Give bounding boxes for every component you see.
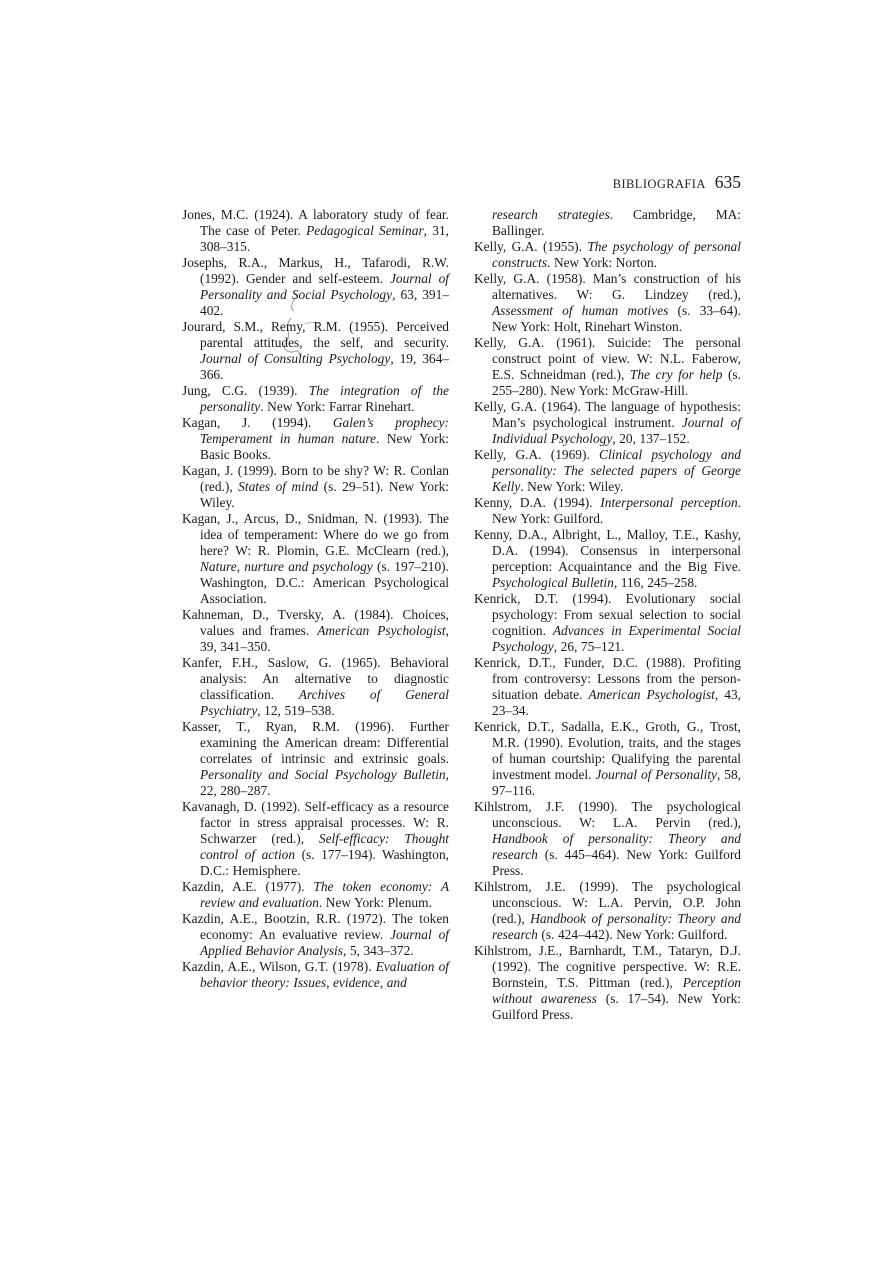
reference-entry: Kenrick, D.T., Funder, D.C. (1988). Prof… xyxy=(474,655,741,719)
reference-entry: Kelly, G.A. (1969). Clinical psychology … xyxy=(474,447,741,495)
reference-title-italic: American Psychologist xyxy=(588,687,715,702)
reference-text: , 116, 245–258. xyxy=(614,575,698,590)
reference-title-italic: Personality and Social Psychology Bullet… xyxy=(200,767,446,782)
reference-entry: Kelly, G.A. (1955). The psychology of pe… xyxy=(474,239,741,271)
reference-entry: Kavanagh, D. (1992). Self-efficacy as a … xyxy=(182,799,449,879)
reference-entry: Kazdin, A.E. (1977). The token economy: … xyxy=(182,879,449,911)
reference-text: Jourard, S.M., Remy, R.M. (1955). Percei… xyxy=(182,319,449,350)
reference-text: , 26, 75–121. xyxy=(554,639,625,654)
reference-title-italic: Journal of Personality xyxy=(595,767,717,782)
reference-text: Kagan, J., Arcus, D., Snidman, N. (1993)… xyxy=(182,511,449,558)
reference-text: , 5, 343–372. xyxy=(343,943,414,958)
reference-text: Kihlstrom, J.F. (1990). The psychologica… xyxy=(474,799,741,830)
reference-title-italic: Pedagogical Seminar xyxy=(306,223,424,238)
reference-title-italic: The cry for help xyxy=(630,367,723,382)
reference-entry: Kihlstrom, J.E., Barnhardt, T.M., Tatary… xyxy=(474,943,741,1023)
reference-text: Kelly, G.A. (1958). Man’s construction o… xyxy=(474,271,741,302)
text-columns: Jones, M.C. (1924). A laboratory study o… xyxy=(182,207,741,1023)
reference-entry: Kenrick, D.T. (1994). Evolutionary socia… xyxy=(474,591,741,655)
reference-text: Kelly, G.A. (1969). xyxy=(474,447,599,462)
reference-text: Kazdin, A.E., Wilson, G.T. (1978). xyxy=(182,959,376,974)
reference-text: . New York: Plenum. xyxy=(319,895,432,910)
reference-title-italic: Psychological Bulletin xyxy=(492,575,614,590)
reference-text: , 20, 137–152. xyxy=(612,431,689,446)
reference-entry: Kihlstrom, J.E. (1999). The psychologica… xyxy=(474,879,741,943)
reference-title-italic: Journal of Consulting Psychology xyxy=(200,351,390,366)
reference-text: (s. 424–442). New York: Guilford. xyxy=(538,927,728,942)
reference-entry: Kenrick, D.T., Sadalla, E.K., Groth, G.,… xyxy=(474,719,741,799)
reference-entry: Kenny, D.A. (1994). Interpersonal percep… xyxy=(474,495,741,527)
reference-entry: Kagan, J. (1999). Born to be shy? W: R. … xyxy=(182,463,449,511)
reference-text: Kelly, G.A. (1955). xyxy=(474,239,587,254)
reference-entry: Kazdin, A.E., Wilson, G.T. (1978). Evalu… xyxy=(182,959,449,991)
reference-entry: Kelly, G.A. (1964). The language of hypo… xyxy=(474,399,741,447)
reference-text: . New York: Farrar Rinehart. xyxy=(260,399,414,414)
reference-entry: Kihlstrom, J.F. (1990). The psychologica… xyxy=(474,799,741,879)
reference-text: . New York: Wiley. xyxy=(520,479,623,494)
reference-title-italic: Assessment of human motives xyxy=(492,303,668,318)
reference-entry: Kazdin, A.E., Bootzin, R.R. (1972). The … xyxy=(182,911,449,959)
reference-entry: Jones, M.C. (1924). A laboratory study o… xyxy=(182,207,449,255)
reference-title-italic: Nature, nurture and psychology xyxy=(200,559,373,574)
running-head: BIBLIOGRAFIA635 xyxy=(182,172,741,193)
reference-entry: Josephs, R.A., Markus, H., Tafarodi, R.W… xyxy=(182,255,449,319)
reference-entry: Kasser, T., Ryan, R.M. (1996). Further e… xyxy=(182,719,449,799)
reference-entry: Kagan, J. (1994). Galen’s prophecy: Temp… xyxy=(182,415,449,463)
reference-entry: Kagan, J., Arcus, D., Snidman, N. (1993)… xyxy=(182,511,449,607)
reference-entry: Kelly, G.A. (1958). Man’s construction o… xyxy=(474,271,741,335)
section-title: BIBLIOGRAFIA xyxy=(613,177,706,191)
reference-text: Kasser, T., Ryan, R.M. (1996). Further e… xyxy=(182,719,449,766)
reference-text: Kenny, D.A., Albright, L., Malloy, T.E.,… xyxy=(474,527,741,574)
reference-text: Kenny, D.A. (1994). xyxy=(474,495,600,510)
reference-title-italic: research strategies xyxy=(492,207,610,222)
reference-entry: Jourard, S.M., Remy, R.M. (1955). Percei… xyxy=(182,319,449,383)
left-column: Jones, M.C. (1924). A laboratory study o… xyxy=(182,207,449,1023)
right-column: research strategies. Cambridge, MA: Ball… xyxy=(474,207,741,1023)
reference-text: Kagan, J. (1994). xyxy=(182,415,333,430)
reference-continuation: research strategies. Cambridge, MA: Ball… xyxy=(474,207,741,239)
reference-entry: Kenny, D.A., Albright, L., Malloy, T.E.,… xyxy=(474,527,741,591)
page-number: 635 xyxy=(715,172,741,192)
bibliography-page: BIBLIOGRAFIA635 Jones, M.C. (1924). A la… xyxy=(0,0,893,1263)
reference-text: Kazdin, A.E. (1977). xyxy=(182,879,313,894)
reference-entry: Kelly, G.A. (1961). Suicide: The persona… xyxy=(474,335,741,399)
reference-entry: Jung, C.G. (1939). The integration of th… xyxy=(182,383,449,415)
reference-text: , 12, 519–538. xyxy=(257,703,334,718)
reference-text: . New York: Norton. xyxy=(547,255,657,270)
reference-title-italic: States of mind xyxy=(238,479,318,494)
reference-title-italic: American Psychologist xyxy=(317,623,445,638)
reference-entry: Kanfer, F.H., Saslow, G. (1965). Behavio… xyxy=(182,655,449,719)
reference-text: Jung, C.G. (1939). xyxy=(182,383,309,398)
reference-entry: Kahneman, D., Tversky, A. (1984). Choice… xyxy=(182,607,449,655)
reference-title-italic: Interpersonal perception xyxy=(600,495,737,510)
